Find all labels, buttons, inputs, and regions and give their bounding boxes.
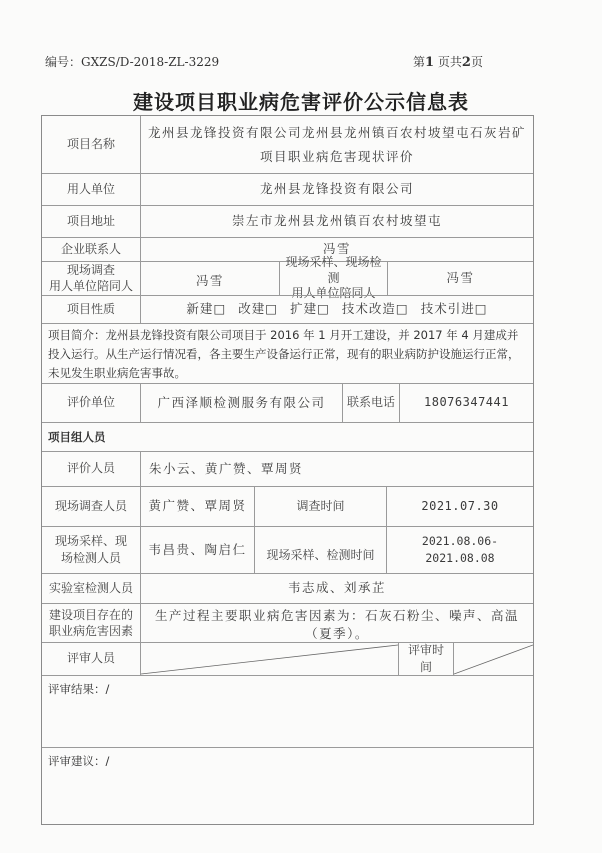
label-escort-sampling: 现场采样、现场检测 用人单位陪同人 (280, 262, 388, 295)
row-review: 评审人员 评审时间 (42, 642, 533, 675)
checkbox-icon[interactable]: □ (213, 301, 226, 316)
value-evaluator: 广西泽顺检测服务有限公司 (141, 384, 343, 422)
value-survey-time: 2021.07.30 (387, 487, 533, 526)
label-employer: 用人单位 (42, 174, 141, 205)
label-survey-time: 调查时间 (255, 487, 387, 526)
option-new-build[interactable]: 新建□ (186, 300, 226, 318)
label-evaluators: 评价人员 (42, 452, 141, 486)
review-result: 评审结果：/ (42, 676, 533, 747)
info-table: 项目名称 龙州县龙锋投资有限公司龙州县龙州镇百农村坡望屯石灰岩矿项目职业病危害现… (41, 115, 534, 825)
option-tech-renovation[interactable]: 技术改造□ (342, 300, 409, 318)
page-indicator: 第1 页共2页 (413, 53, 483, 70)
page-middle: 页共 (434, 55, 462, 69)
value-escort-sampling: 冯雪 (388, 262, 533, 295)
section-team: 项目组人员 (42, 423, 533, 451)
label-lab: 实验室检测人员 (42, 574, 141, 603)
value-sampling: 韦昌贵、陶启仁 (141, 527, 255, 573)
checkbox-icon[interactable]: □ (475, 301, 488, 316)
page-title: 建设项目职业病危害评价公示信息表 (0, 86, 602, 115)
label-survey: 现场调查人员 (42, 487, 141, 526)
row-evaluators: 评价人员 朱小云、黄广赞、覃周贤 (42, 451, 533, 486)
row-nature: 项目性质 新建□ 改建□ 扩建□ 技术改造□ 技术引进□ (42, 295, 533, 323)
value-survey: 黄广赞、覃周贤 (141, 487, 255, 526)
value-review-time (454, 643, 533, 675)
value-address: 崇左市龙州县龙州镇百农村坡望屯 (141, 206, 533, 237)
value-reviewers (141, 643, 399, 675)
label-sampling-time: 现场采样、检测时间 (255, 527, 387, 573)
row-hazards: 建设项目存在的职业病危害因素 生产过程主要职业病危害因素为：石灰石粉尘、噪声、高… (42, 603, 533, 642)
label-reviewers: 评审人员 (42, 643, 141, 675)
label-project-name: 项目名称 (42, 116, 141, 173)
row-escort: 现场调查 用人单位陪同人 冯雪 现场采样、现场检测 用人单位陪同人 冯雪 (42, 261, 533, 295)
label-escort2-line1: 现场采样、现场检测 (284, 255, 383, 286)
value-lab: 韦志成、刘承芷 (141, 574, 533, 603)
diagonal-strike-icon (454, 643, 533, 675)
row-review-advice: 评审建议：/ (42, 747, 533, 824)
row-survey: 现场调查人员 黄广赞、覃周贤 调查时间 2021.07.30 (42, 486, 533, 526)
option-rebuild[interactable]: 改建□ (238, 300, 278, 318)
label-review-time: 评审时间 (399, 643, 454, 675)
label-hazards: 建设项目存在的职业病危害因素 (42, 604, 141, 642)
value-sampling-time: 2021.08.06-2021.08.08 (387, 527, 533, 573)
label-phone: 联系电话 (343, 384, 400, 422)
value-employer: 龙州县龙锋投资有限公司 (141, 174, 533, 205)
row-lab: 实验室检测人员 韦志成、刘承芷 (42, 573, 533, 603)
nature-options: 新建□ 改建□ 扩建□ 技术改造□ 技术引进□ (141, 296, 533, 323)
row-team-section: 项目组人员 (42, 422, 533, 451)
label-nature: 项目性质 (42, 296, 141, 323)
document-number: 编号：GXZS/D-2018-ZL-3229 (45, 53, 219, 70)
page-suffix: 页 (471, 55, 483, 69)
page-current: 1 (425, 55, 434, 70)
diagonal-strike-icon (141, 643, 398, 675)
row-employer: 用人单位 龙州县龙锋投资有限公司 (42, 173, 533, 205)
checkbox-icon[interactable]: □ (317, 301, 330, 316)
row-summary: 项目简介：龙州县龙锋投资有限公司项目于 2016 年 1 月开工建设，并 201… (42, 323, 533, 383)
value-phone: 18076347441 (400, 384, 533, 422)
label-sampling: 现场采样、现场检测人员 (42, 527, 141, 573)
value-escort-survey: 冯雪 (141, 262, 280, 295)
checkbox-icon[interactable]: □ (396, 301, 409, 316)
label-evaluator: 评价单位 (42, 384, 141, 422)
option-tech-import[interactable]: 技术引进□ (421, 300, 488, 318)
row-evaluator: 评价单位 广西泽顺检测服务有限公司 联系电话 18076347441 (42, 383, 533, 422)
value-evaluators: 朱小云、黄广赞、覃周贤 (141, 452, 533, 486)
page-prefix: 第 (413, 55, 425, 69)
label-contact: 企业联系人 (42, 238, 141, 261)
option-expansion[interactable]: 扩建□ (290, 300, 330, 318)
label-escort-survey: 现场调查 用人单位陪同人 (42, 262, 141, 295)
project-summary: 项目简介：龙州县龙锋投资有限公司项目于 2016 年 1 月开工建设，并 201… (42, 324, 533, 383)
checkbox-icon[interactable]: □ (265, 301, 278, 316)
label-escort-line2: 用人单位陪同人 (49, 279, 133, 295)
value-project-name: 龙州县龙锋投资有限公司龙州县龙州镇百农村坡望屯石灰岩矿项目职业病危害现状评价 (141, 116, 533, 173)
label-escort-line1: 现场调查 (67, 263, 115, 279)
row-address: 项目地址 崇左市龙州县龙州镇百农村坡望屯 (42, 205, 533, 237)
value-hazards: 生产过程主要职业病危害因素为：石灰石粉尘、噪声、高温（夏季）。 (141, 604, 533, 642)
row-project-name: 项目名称 龙州县龙锋投资有限公司龙州县龙州镇百农村坡望屯石灰岩矿项目职业病危害现… (42, 116, 533, 173)
review-advice: 评审建议：/ (42, 748, 533, 824)
label-address: 项目地址 (42, 206, 141, 237)
row-review-result: 评审结果：/ (42, 675, 533, 747)
row-sampling: 现场采样、现场检测人员 韦昌贵、陶启仁 现场采样、检测时间 2021.08.06… (42, 526, 533, 573)
page-total: 2 (462, 55, 471, 70)
